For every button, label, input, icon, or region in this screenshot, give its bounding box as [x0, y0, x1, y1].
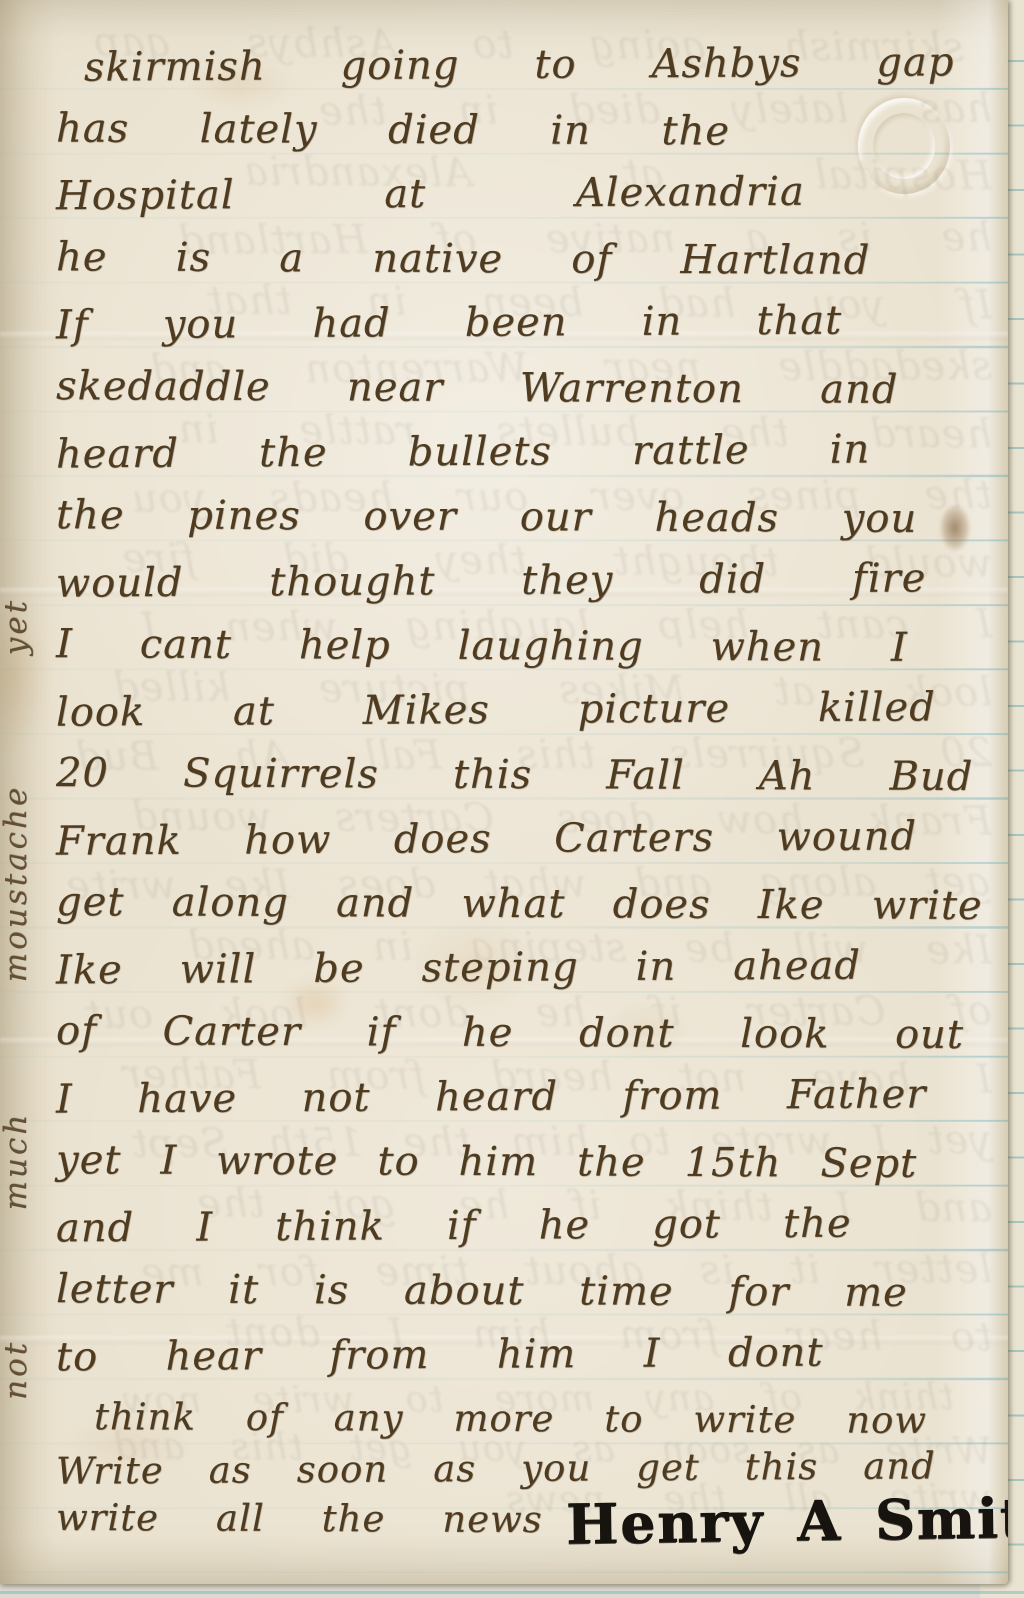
letter-line: to hear from him I dont	[56, 1330, 824, 1399]
letter-line: has lately died in the	[56, 105, 730, 172]
letter-line: If you had been in that	[56, 298, 843, 367]
letter-line: would thought they did fire	[56, 555, 927, 625]
letter-line: and I think if he got the	[56, 1201, 852, 1270]
letter-line: of Carter if he dont look out	[56, 1008, 964, 1076]
letter-line: get along and what does Ike write	[56, 878, 983, 947]
letter-line: Hospital at Alexandria	[56, 169, 805, 238]
letter-line: yet I wrote to him the 15th Sept	[56, 1137, 917, 1205]
letter-line: I cant help laughing when I	[56, 621, 908, 689]
letter-line: skedaddle near Warrenton and	[56, 363, 899, 431]
letter-line: I have not heard from Father	[56, 1071, 927, 1141]
underlying-page-ruled-line	[0, 1591, 1024, 1594]
letter-line: he is a native of Hartland	[56, 234, 871, 302]
letter-text: skirmish going to Ashbys gaphas lately d…	[56, 42, 992, 1547]
margin-note: not much moustache yet	[0, 598, 56, 1400]
letter-line: the pines over our heads you	[56, 492, 917, 560]
letter-line: letter it is about time for me	[56, 1266, 908, 1334]
scanned-letter-page: skirmish going to Ashbys gaphas lately d…	[0, 0, 1024, 1598]
letter-line: look at Mikes picture killed	[56, 684, 936, 754]
letter-line: Ike will be steping in ahead	[56, 943, 861, 1012]
letter-line: heard the bullets rattle in	[56, 427, 871, 496]
letter-line: 20 Squirrels this Fall Ah Bud	[56, 749, 974, 818]
letter-line: think of any more to write now	[94, 1395, 927, 1449]
letter-line: skirmish going to Ashbys gap	[84, 39, 955, 109]
letter-line: Frank how does Carters wound	[56, 813, 917, 883]
letter-paper: skirmish going to Ashbys gaphas lately d…	[0, 0, 1008, 1584]
signature-stamp: Henry A Smith	[566, 1484, 1008, 1556]
letter-line: write all the news	[56, 1495, 543, 1547]
